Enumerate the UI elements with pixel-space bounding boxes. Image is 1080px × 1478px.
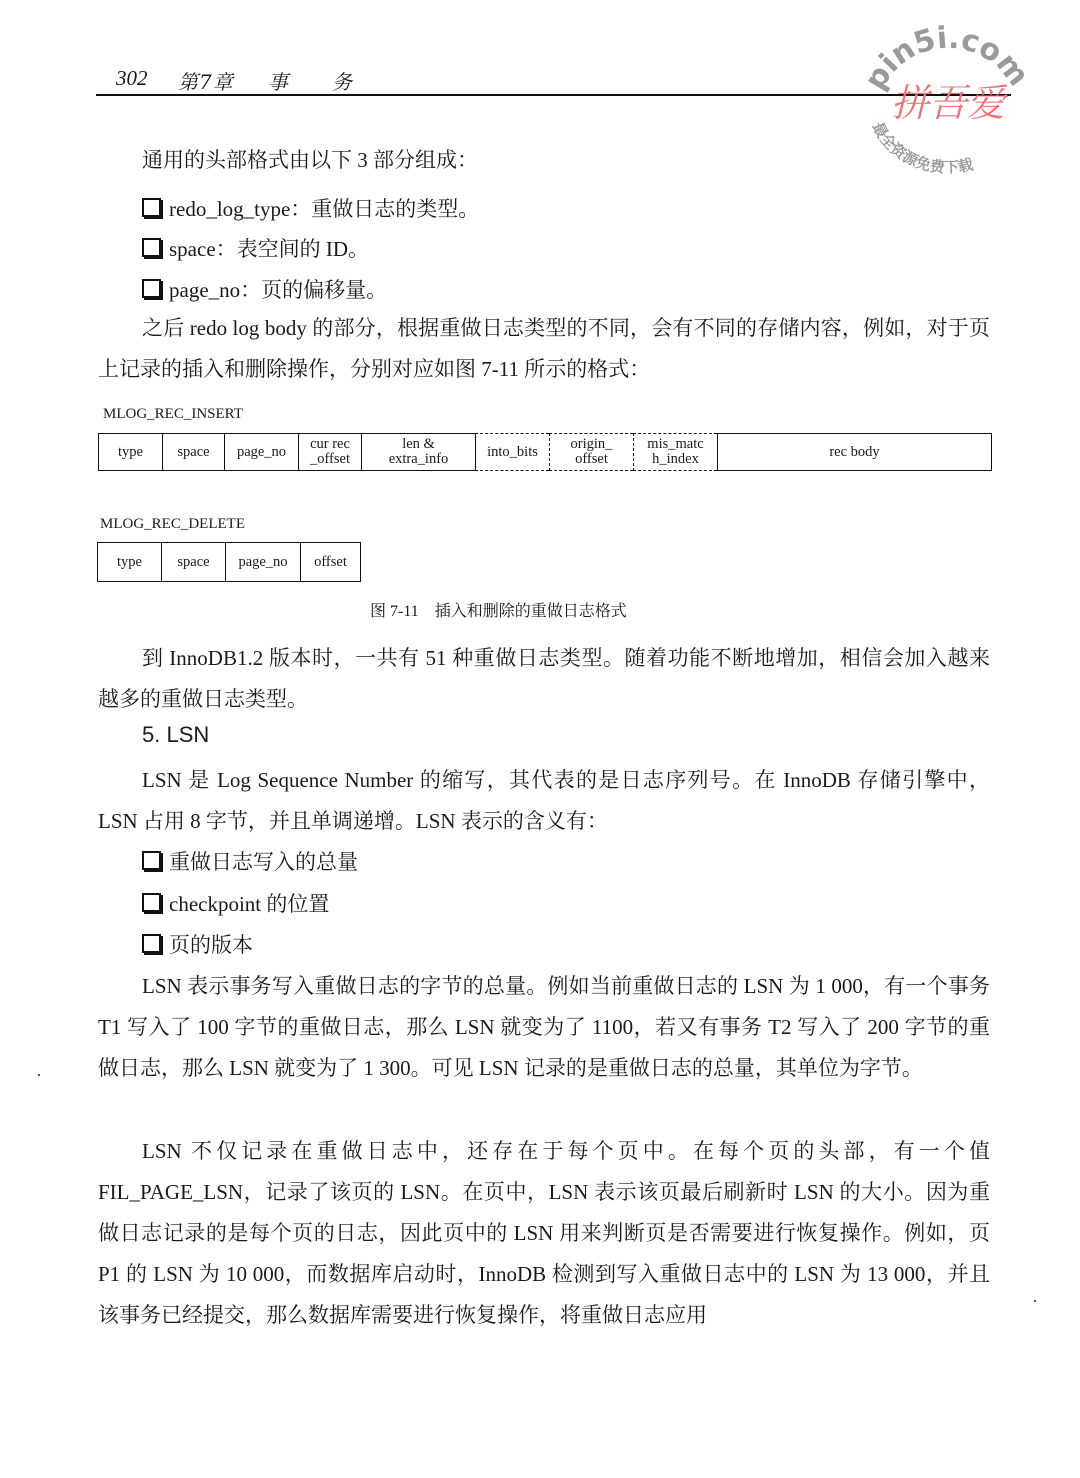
list-item-page-no: page_no：页的偏移量。 [142, 275, 387, 305]
chapter-number: 第7章 [178, 66, 234, 95]
checkbox-bullet-icon [142, 198, 161, 217]
field-rec-body: rec body [717, 433, 992, 471]
figure-caption: 图 7-11 插入和删除的重做日志格式 [370, 598, 627, 621]
list-item-page-version: 页的版本 [142, 930, 253, 960]
field-space: space [161, 542, 225, 582]
field-type: type [97, 542, 161, 582]
field-cur-rec-offset: cur rec _offset [298, 433, 361, 471]
list-item-space: space：表空间的 ID。 [142, 234, 369, 264]
page-number: 302 [116, 66, 148, 91]
checkbox-bullet-icon [142, 893, 161, 912]
field-mismatch-index: mis_matc h_index [633, 433, 717, 471]
field-space: space [162, 433, 224, 471]
field-into-bits: into_bits [475, 433, 549, 471]
checkbox-bullet-icon [142, 934, 161, 953]
checkbox-bullet-icon [142, 238, 161, 257]
lsn-total-paragraph: LSN 表示事务写入重做日志的字节的总量。例如当前重做日志的 LSN 为 1 0… [98, 966, 990, 1089]
intro-paragraph: 通用的头部格式由以下 3 部分组成： [98, 140, 990, 181]
chapter-title: 事务 [268, 66, 396, 95]
lsn-page-paragraph: LSN 不仅记录在重做日志中，还存在于每个页中。在每个页的头部，有一个值 FIL… [98, 1131, 990, 1336]
scan-speck [38, 1074, 40, 1076]
redo-body-paragraph: 之后 redo log body 的部分，根据重做日志类型的不同，会有不同的存储… [98, 308, 990, 390]
delete-format-diagram: type space page_no offset [97, 542, 361, 582]
list-item-redo-total: 重做日志写入的总量 [142, 847, 358, 877]
list-item-redo-log-type: redo_log_type：重做日志的类型。 [142, 194, 479, 224]
field-len-extra-info: len & extra_info [361, 433, 475, 471]
checkbox-bullet-icon [142, 851, 161, 870]
field-type: type [98, 433, 162, 471]
redo-types-paragraph: 到 InnoDB1.2 版本时，一共有 51 种重做日志类型。随着功能不断地增加… [98, 638, 990, 720]
field-offset: offset [300, 542, 361, 582]
section-heading-lsn: 5. LSN [142, 722, 209, 748]
svg-text:拼吾爱: 拼吾爱 [891, 81, 1009, 125]
list-item-checkpoint: checkpoint 的位置 [142, 889, 329, 919]
checkbox-bullet-icon [142, 279, 161, 298]
field-origin-offset: origin_ offset [549, 433, 633, 471]
field-page-no: page_no [224, 433, 298, 471]
insert-format-label: MLOG_REC_INSERT [103, 406, 243, 423]
field-page-no: page_no [225, 542, 300, 582]
insert-format-diagram: type space page_no cur rec _offset len &… [98, 433, 992, 471]
scan-speck [1034, 1300, 1036, 1302]
lsn-definition-paragraph: LSN 是 Log Sequence Number 的缩写，其代表的是日志序列号… [98, 760, 990, 842]
delete-format-label: MLOG_REC_DELETE [100, 516, 245, 533]
